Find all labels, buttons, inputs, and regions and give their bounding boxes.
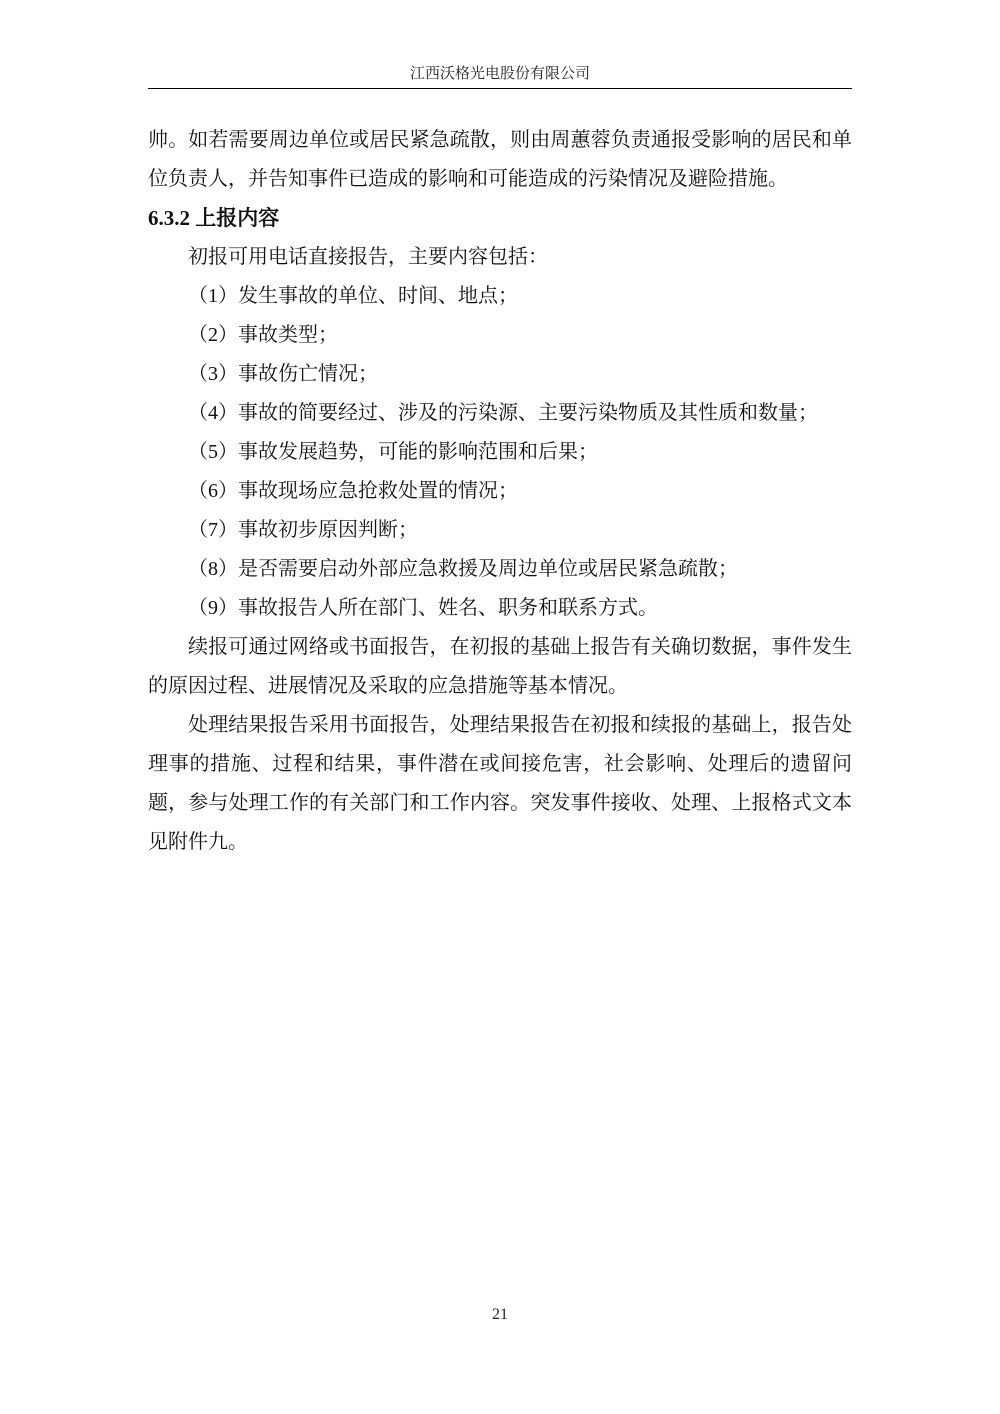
list-item-2: （2）事故类型； [148,316,852,355]
page-footer: 21 [0,1306,1000,1324]
list-item-9: （9）事故报告人所在部门、姓名、职务和联系方式。 [148,589,852,628]
report-content-list: （1）发生事故的单位、时间、地点； （2）事故类型； （3）事故伤亡情况； （4… [148,277,852,628]
page-header: 江西沃格光电股份有限公司 [148,0,852,89]
intro-paragraph: 初报可用电话直接报告，主要内容包括： [148,238,852,277]
result-report-paragraph: 处理结果报告采用书面报告，处理结果报告在初报和续报的基础上，报告处理事的措施、过… [148,706,852,862]
company-name: 江西沃格光电股份有限公司 [410,66,590,82]
list-item-7: （7）事故初步原因判断； [148,511,852,550]
list-item-1: （1）发生事故的单位、时间、地点； [148,277,852,316]
list-item-5: （5）事故发展趋势，可能的影响范围和后果； [148,433,852,472]
document-page: 江西沃格光电股份有限公司 帅。如若需要周边单位或居民紧急疏散，则由周蕙蓉负责通报… [0,0,1000,1414]
list-item-3: （3）事故伤亡情况； [148,355,852,394]
page-number: 21 [492,1306,508,1323]
list-item-6: （6）事故现场应急抢救处置的情况； [148,472,852,511]
continuation-paragraph: 帅。如若需要周边单位或居民紧急疏散，则由周蕙蓉负责通报受影响的居民和单位负责人，… [148,121,852,199]
document-body: 帅。如若需要周边单位或居民紧急疏散，则由周蕙蓉负责通报受影响的居民和单位负责人，… [148,121,852,862]
section-heading: 6.3.2 上报内容 [148,199,852,238]
followup-report-paragraph: 续报可通过网络或书面报告，在初报的基础上报告有关确切数据，事件发生的原因过程、进… [148,628,852,706]
list-item-4: （4）事故的简要经过、涉及的污染源、主要污染物质及其性质和数量； [148,394,852,433]
list-item-8: （8）是否需要启动外部应急救援及周边单位或居民紧急疏散； [148,550,852,589]
